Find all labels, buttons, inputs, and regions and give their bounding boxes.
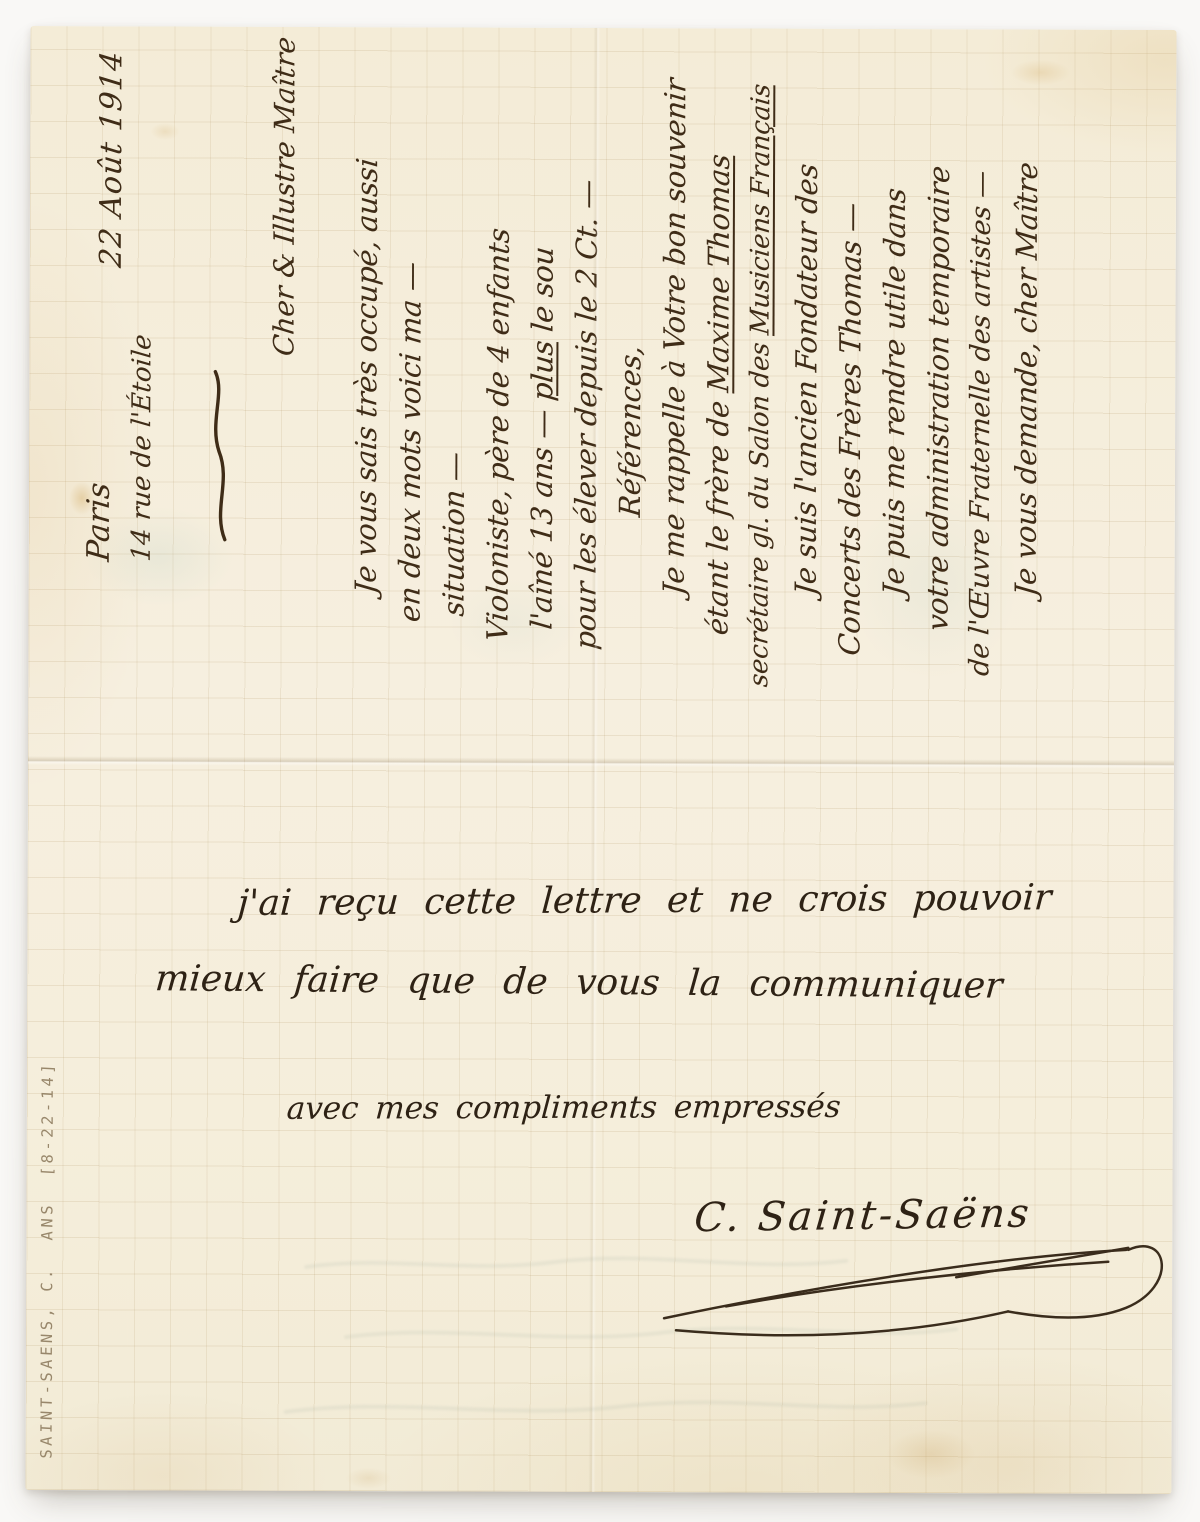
letter-line: Références, — [613, 63, 659, 519]
letter-address: 14 rue de l'Étoile — [127, 333, 158, 563]
signature-flourish — [656, 1222, 1176, 1354]
letter-line: l'aîné 13 ans — plus le sou — [524, 63, 570, 632]
margin-annotation: SAINT-SAENS, C. ANS [8-22-14] — [38, 1060, 57, 1459]
letter-line: situation — — [437, 63, 483, 619]
letter-line: en deux mots voici ma — — [392, 62, 438, 624]
letter-city: Paris — [81, 481, 117, 563]
reply-line-1: j'ai reçu cette lettre et ne crois pouvo… — [236, 877, 1052, 924]
letter-sheet: Paris 14 rue de l'Étoile 22 Août 1914 Ch… — [25, 26, 1176, 1494]
fox-spot — [345, 1467, 391, 1489]
reply-line-3: avec mes compliments empressés — [286, 1089, 842, 1127]
letter-line: Je suis l'ancien Fondateur des — [789, 64, 835, 598]
letter-line: votre administration temporaire — [920, 64, 966, 633]
letter-line: Je vous sais très occupé, aussi — [349, 62, 395, 596]
letter-line: de l'Œuvre Fraternelle des artistes — — [964, 64, 1010, 678]
letter-line: Violoniste, père de 4 enfants — [480, 63, 526, 644]
letter-line: Je vous demande, cher Maître — [1009, 65, 1055, 599]
letter-date: 22 Août 1914 — [94, 49, 130, 270]
letter-line: Je me rappelle à Votre bon souvenir — [657, 63, 703, 597]
letter-body: Je vous sais très occupé, aussien deux m… — [348, 64, 1054, 746]
letter-line: secrétaire gl. du Salon des Musiciens Fr… — [744, 64, 790, 690]
rotated-letter: Paris 14 rue de l'Étoile 22 Août 1914 Ch… — [80, 83, 1082, 746]
address-underline-flourish — [205, 368, 236, 544]
letter-line: Concerts des Frères Thomas — — [832, 64, 878, 658]
letter-salutation: Cher & Illustre Maître — [267, 35, 301, 358]
letter-line: étant le frère de Maxime Thomas — [700, 63, 746, 637]
letter-line: Je puis me rendre utile dans — [877, 64, 923, 598]
horizontal-fold-crease — [28, 756, 1174, 769]
reply-line-2: mieux faire que de vous la communiquer — [154, 958, 1004, 1006]
photo-stage: Paris 14 rue de l'Étoile 22 Août 1914 Ch… — [0, 0, 1200, 1522]
